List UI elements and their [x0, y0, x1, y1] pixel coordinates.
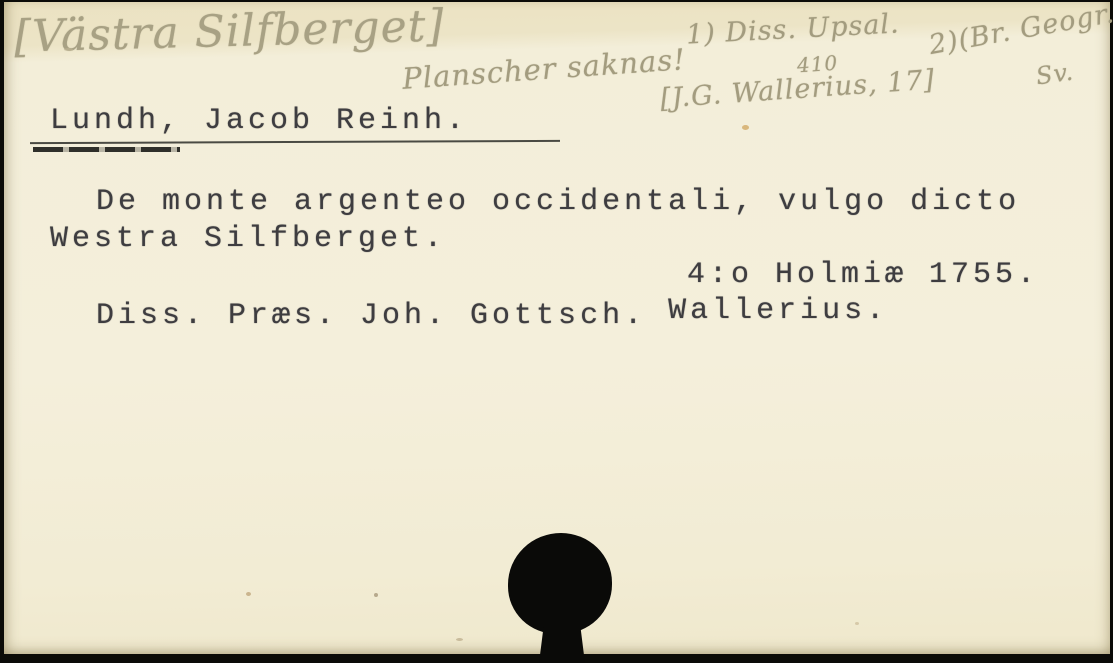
handwritten-subject-heading: [Västra Silfberget]: [13, 0, 445, 62]
paper-speck: [374, 593, 378, 597]
paper-speck: [246, 592, 251, 596]
heading-underline: [30, 140, 560, 144]
author-heading: Lundh, Jacob Reinh.: [50, 104, 468, 138]
handwritten-reference-3-line-2: Sv.: [1034, 58, 1075, 91]
paper-speck: [64, 48, 73, 51]
dissertation-statement: Diss. Præs. Joh. Gottsch. Wallerius.: [96, 299, 888, 333]
paper-speck: [456, 638, 463, 641]
paper-speck: [742, 125, 749, 130]
paper-speck: [855, 622, 859, 625]
surname-double-underline: [33, 147, 180, 152]
dissertation-statement-part1: Diss. Præs. Joh. Gottsch.: [96, 299, 668, 333]
scanned-catalog-card: [Västra Silfberget] Planscher saknas! 1)…: [0, 0, 1113, 663]
imprint-statement: 4:o Holmiæ 1755.: [687, 258, 1039, 292]
handwritten-reference-1-line-1: 1) Diss. Upsal.: [685, 8, 900, 50]
title-line-2: Westra Silfberget.: [50, 222, 446, 256]
handwritten-reference-3-line-1: 2)(Br. Geogr.: [927, 0, 1113, 61]
hole-punch-stem: [539, 612, 585, 663]
dissertation-statement-part2: Wallerius.: [668, 294, 888, 328]
title-line-1: De monte argenteo occidentali, vulgo dic…: [96, 185, 1020, 219]
